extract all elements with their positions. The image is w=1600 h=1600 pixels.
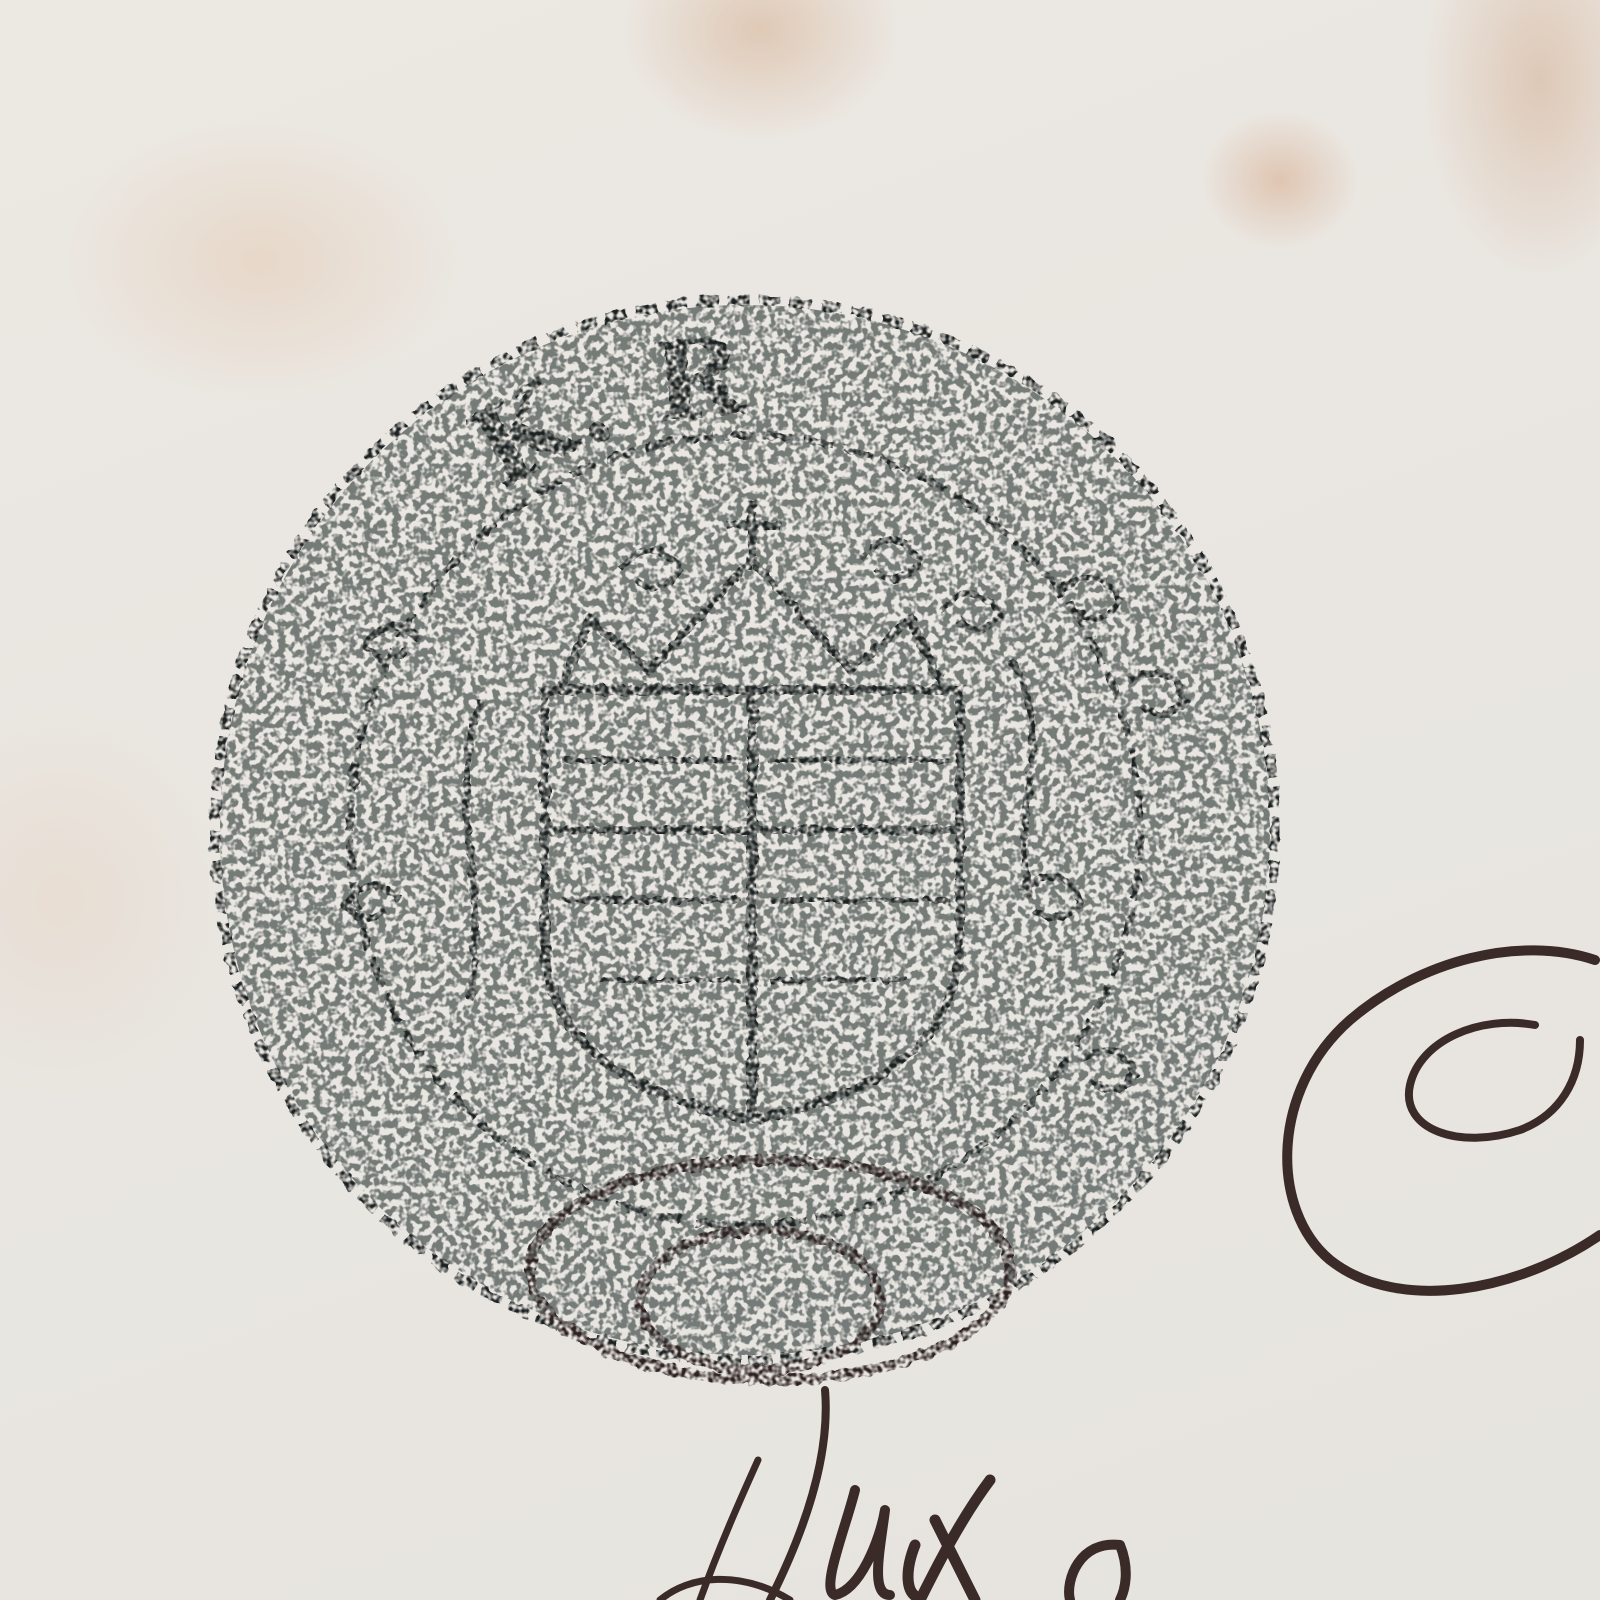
letter-a bbox=[1069, 1545, 1126, 1600]
handwritten-text: Dux a bbox=[0, 0, 47, 4]
initial-c-flourish bbox=[1287, 950, 1600, 1290]
letter-d-stem bbox=[770, 1390, 826, 1600]
handwritten-signature: Dux a bbox=[0, 0, 1600, 1600]
document-page: K. R Dux a bbox=[0, 0, 1600, 1600]
letters-ux bbox=[830, 1490, 890, 1595]
